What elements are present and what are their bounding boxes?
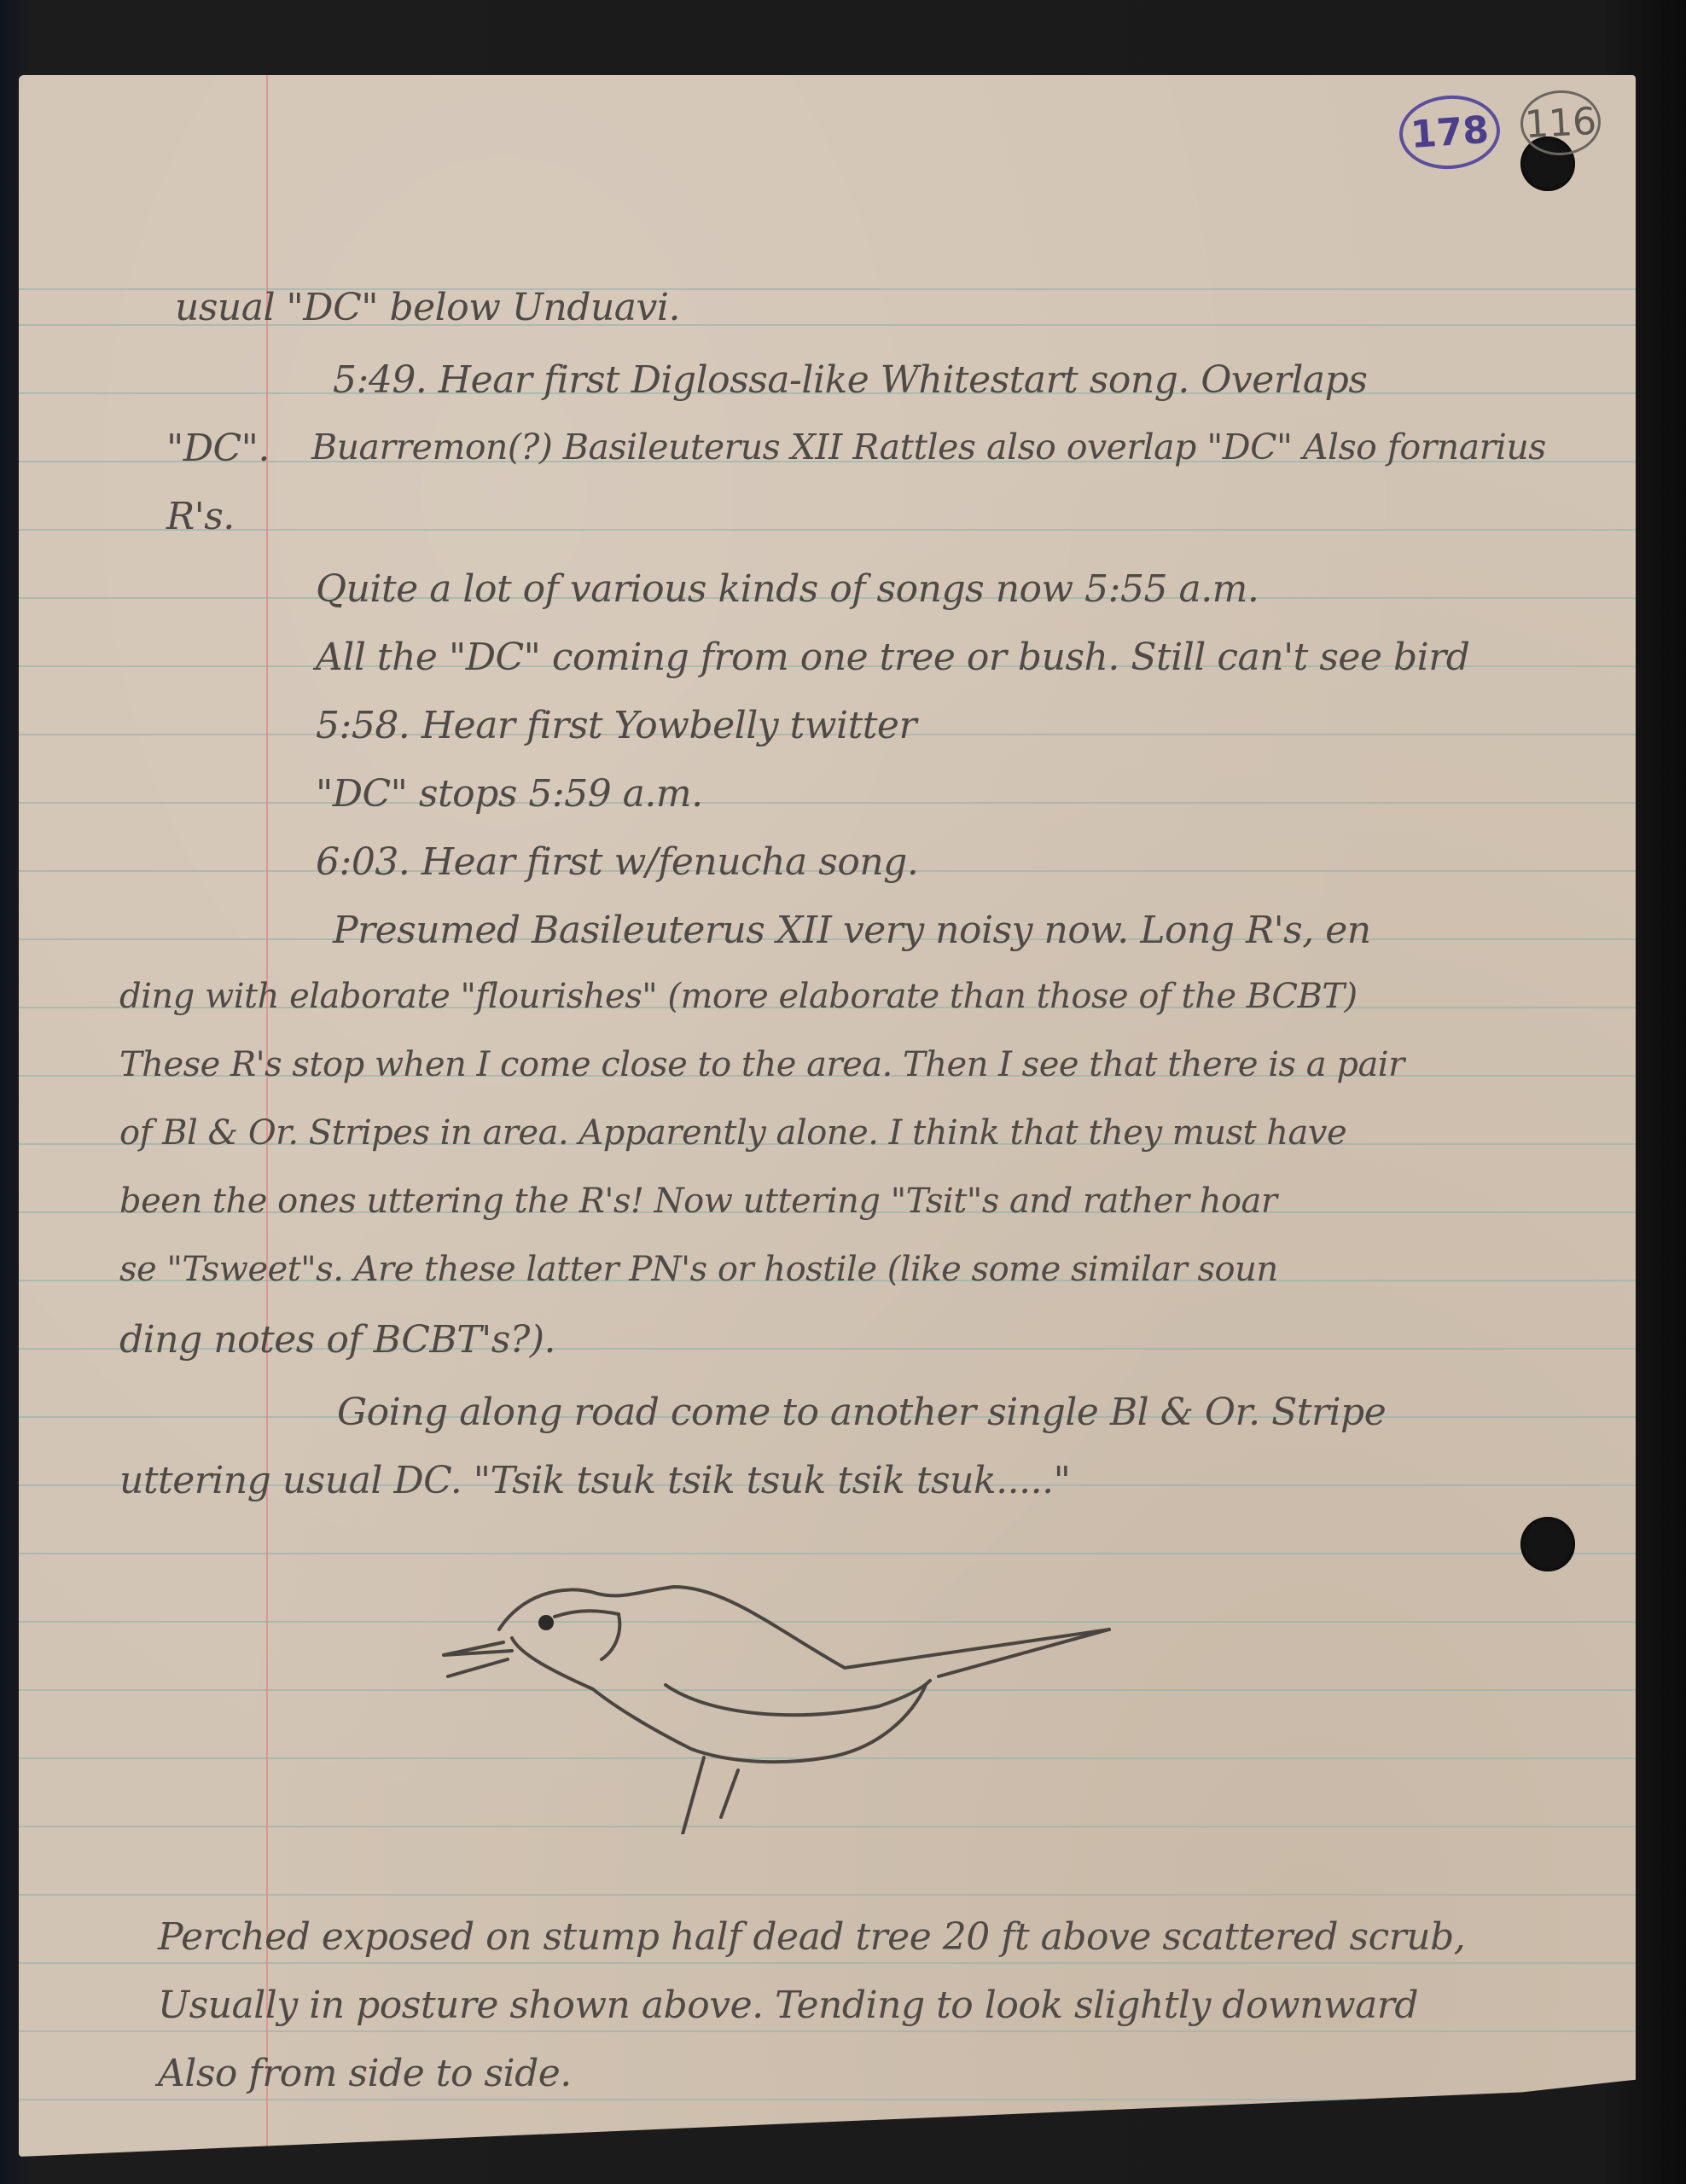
text-line: usual "DC" below Unduavi. — [175, 286, 680, 329]
text-line: These R's stop when I come close to the … — [119, 1045, 1404, 1084]
text-line: of Bl & Or. Stripes in area. Apparently … — [119, 1113, 1346, 1153]
text-line: All the "DC" coming from one tree or bus… — [316, 636, 1469, 679]
text-line: 5:58. Hear first Yowbelly twitter — [316, 704, 916, 747]
text-line: ding notes of BCBT's?). — [119, 1318, 555, 1362]
text-line: Buarremon(?) Basileuterus XII Rattles al… — [311, 427, 1546, 468]
margin-note: R's. — [166, 495, 235, 538]
text-line: Going along road come to another single … — [337, 1391, 1386, 1434]
rule-line — [19, 1962, 1636, 1964]
rule-line — [19, 1894, 1636, 1896]
text-line: ding with elaborate "flourishes" (more e… — [119, 977, 1358, 1016]
bird-eye — [538, 1615, 554, 1630]
text-line: "DC" stops 5:59 a.m. — [316, 772, 703, 816]
text-line: se "Tsweet"s. Are these latter PN's or h… — [119, 1250, 1278, 1289]
punch-hole — [1520, 1517, 1575, 1571]
text-line: 5:49. Hear first Diglossa-like Whitestar… — [333, 358, 1367, 402]
text-line: Quite a lot of various kinds of songs no… — [316, 567, 1259, 611]
text-line: Usually in posture shown above. Tending … — [158, 1984, 1418, 2027]
rule-line — [19, 802, 1636, 804]
text-line: Presumed Basileuterus XII very noisy now… — [333, 909, 1371, 952]
rule-line — [19, 2030, 1636, 2032]
margin-note: "DC". — [166, 427, 270, 470]
text-line: 6:03. Hear first w/fenucha song. — [316, 840, 918, 884]
text-line: Also from side to side. — [158, 2052, 572, 2095]
text-line: Perched exposed on stump half dead tree … — [158, 1915, 1465, 1959]
rule-line — [19, 529, 1636, 531]
text-line: been the ones uttering the R's! Now utte… — [119, 1182, 1277, 1221]
bird-sketch — [401, 1553, 1152, 1834]
text-line: uttering usual DC. "Tsik tsuk tsik tsuk … — [119, 1459, 1070, 1502]
